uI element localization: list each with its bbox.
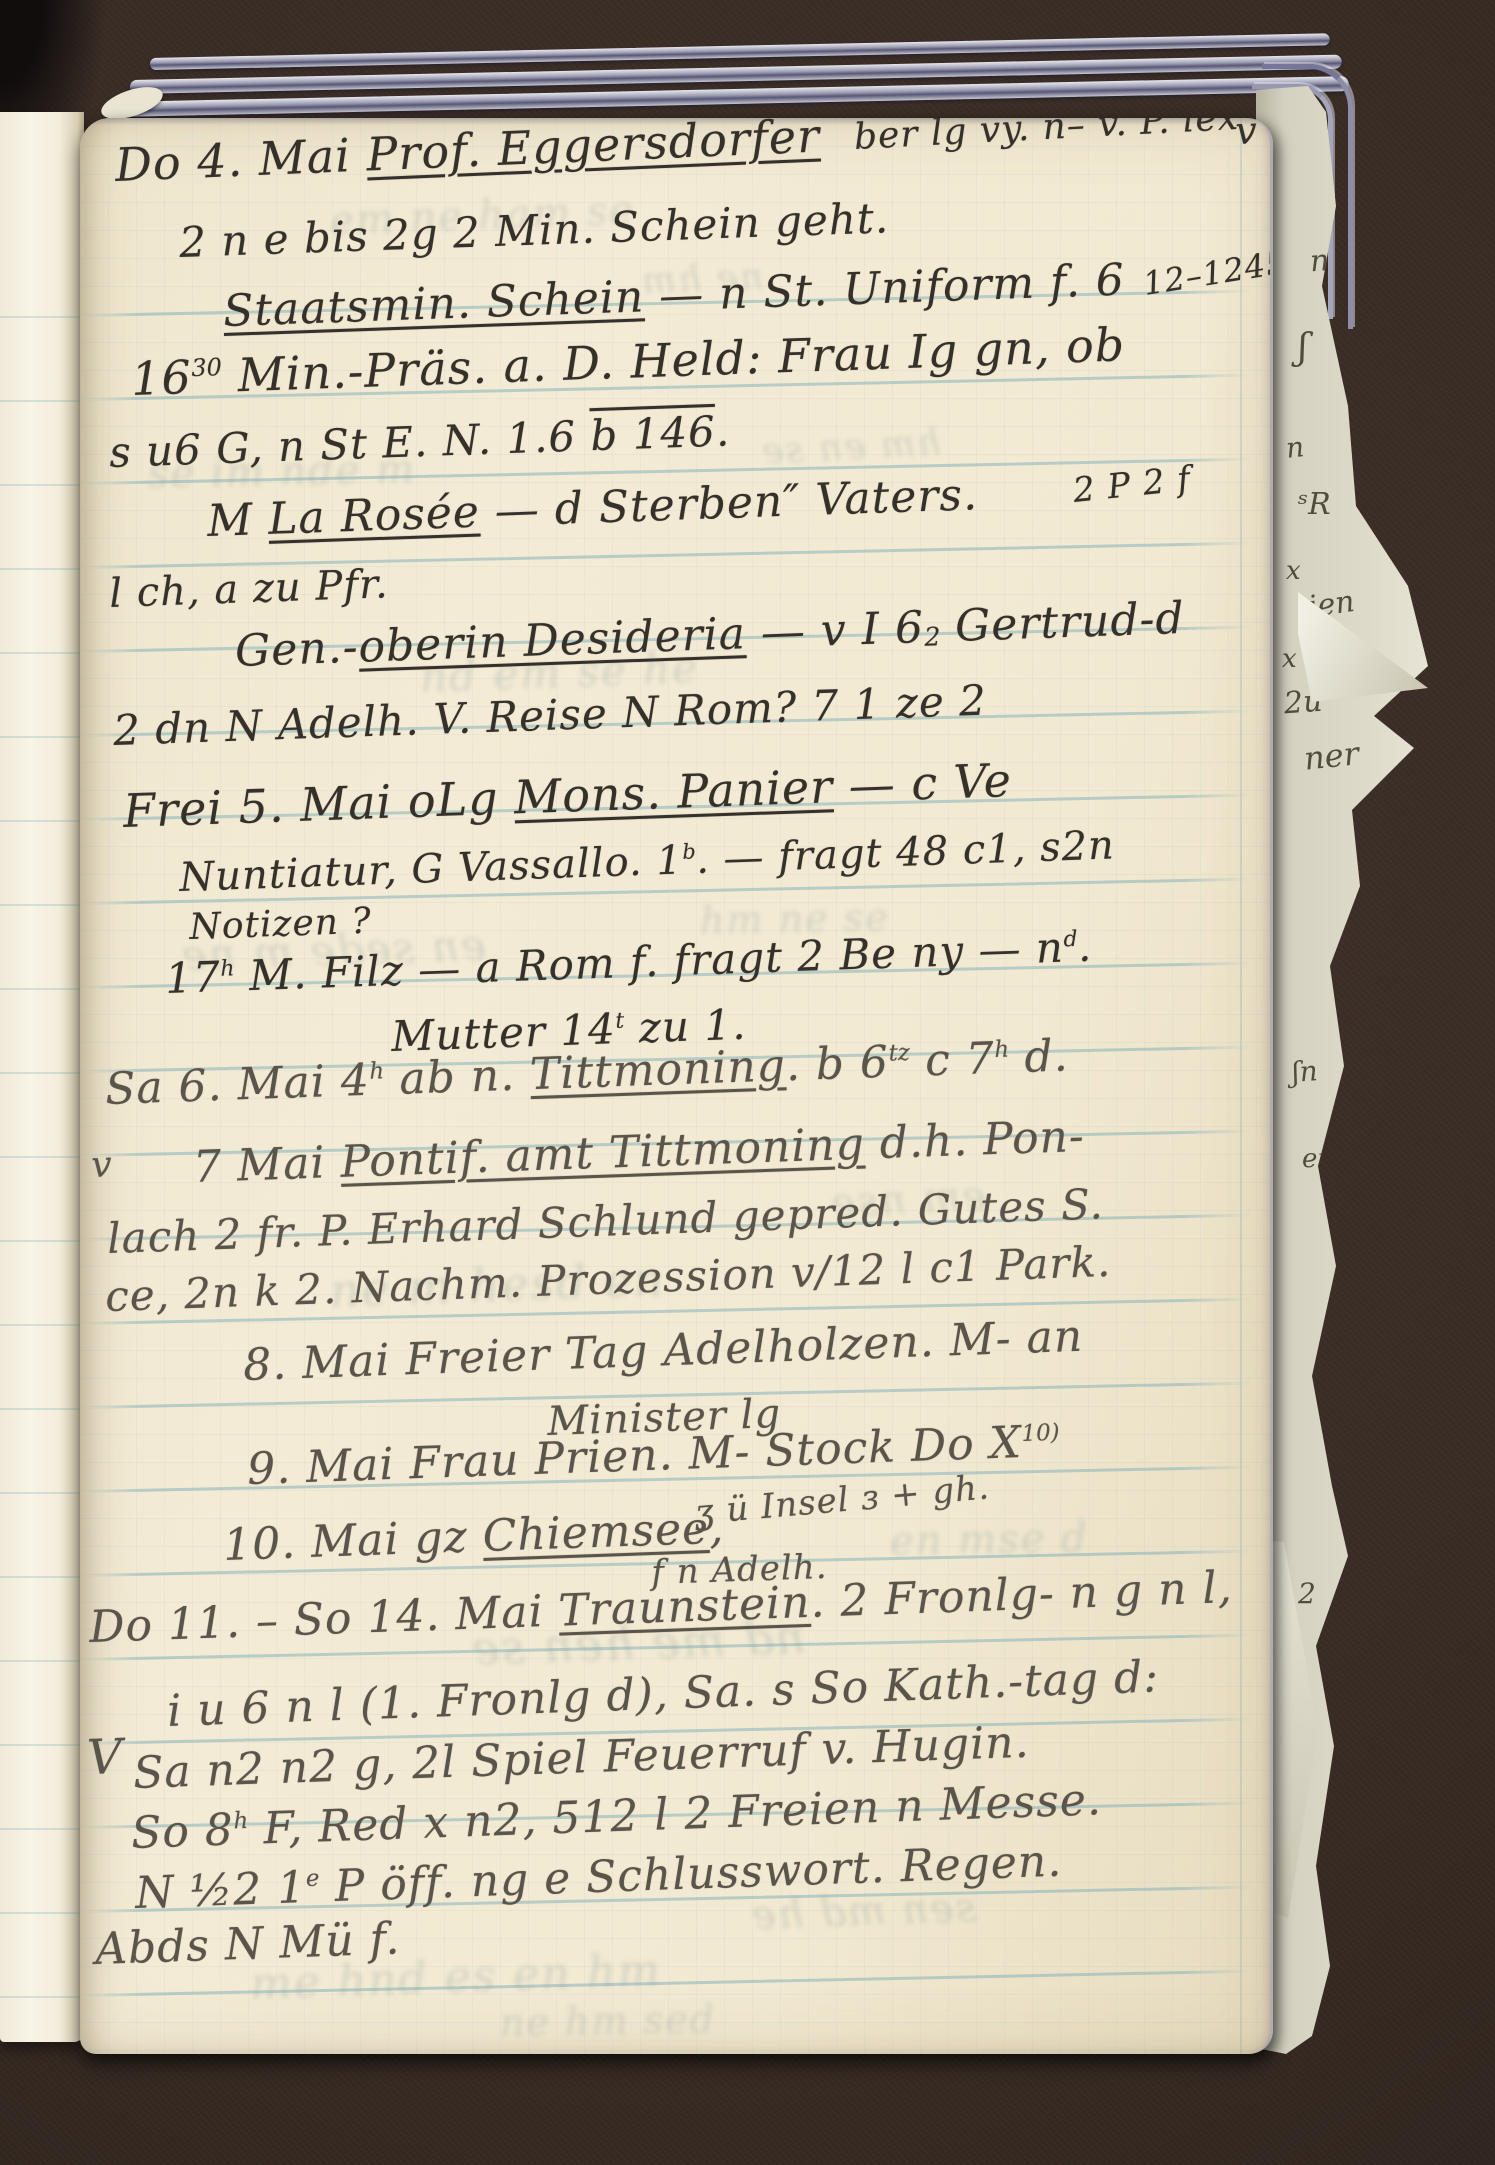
handwriting-segment: h [994, 1036, 1010, 1062]
ruled-line [0, 316, 80, 318]
handwriting-segment: M [206, 494, 269, 547]
ruled-line [0, 1072, 80, 1074]
handwriting-segment: b [682, 839, 696, 863]
diary-page: em ne ham sene hmse im nde mhm en send e… [80, 118, 1273, 2054]
margin-checkmark: v [91, 1147, 114, 1184]
handwriting-segment: 8. Mai Freier Tag Adelholzen. M- an [242, 1311, 1084, 1391]
handwriting-segment: 2 [924, 622, 941, 653]
handwriting-segment: . [1077, 922, 1093, 971]
ruled-line [0, 1912, 80, 1914]
handwriting-segment: d [1063, 927, 1078, 952]
ruled-line [0, 988, 80, 990]
fragment-mark: ner [1302, 737, 1360, 775]
handwriting-segment: — v I 6 [745, 602, 925, 659]
margin-checkmark: V [86, 1733, 123, 1782]
ruled-line [0, 820, 80, 822]
handwriting-segment: 30 [191, 353, 222, 382]
handwriting-segment: Pontif. amt Tittmoning [340, 1119, 866, 1188]
left-page-edge [0, 112, 84, 2042]
ruled-line [0, 1324, 80, 1326]
handwriting-segment: b 146 [590, 407, 717, 460]
handwriting-segment: Mons. Panier [513, 759, 834, 824]
handwriting-segment: Tittmoning [529, 1040, 787, 1100]
handwriting-segment: Prof. Eggersdorfer [365, 118, 821, 181]
handwriting-segment: Staatsmin. Schein [222, 271, 645, 337]
handwriting-line: Abds N Mü f. [94, 1917, 401, 1972]
handwriting-segment: Traunstein [558, 1577, 812, 1637]
handwriting-segment: . b 6 [785, 1037, 890, 1092]
handwriting-line: 2 dn N Adelh. V. Reise N Rom? 7 1 ze 2 [113, 680, 988, 752]
handwriting-line: Nuntiatur, G Vassallo. 1b. — fragt 48 c1… [179, 825, 1116, 898]
handwriting-segment: Sa 6. Mai 4 [104, 1055, 370, 1115]
handwriting-segment: s u6 G, n St E. N. 1.6 [108, 411, 591, 477]
handwriting-segment: 16 [130, 350, 192, 406]
handwriting-segment: h [369, 1058, 385, 1084]
handwriting-segment: Frei 5. Mai oLg [122, 770, 515, 838]
ruled-line [0, 1660, 80, 1662]
handwriting-segment: 12–1245ʹ [1141, 241, 1273, 303]
handwriting-line: 12–1245ʹ [1141, 244, 1273, 300]
handwriting-segment: tz [888, 1040, 910, 1067]
fragment-mark: x [1286, 558, 1301, 584]
fragment-mark: ˢR [1298, 490, 1331, 520]
handwriting-segment: N ½2 1 [134, 1862, 307, 1919]
handwriting-line: 8. Mai Freier Tag Adelholzen. M- an [242, 1315, 1083, 1388]
handwriting-line: Notizen ? [189, 904, 373, 946]
ruled-line [0, 400, 80, 402]
handwriting-segment: Notizen ? [189, 901, 373, 948]
margin-line [1240, 118, 1242, 2054]
handwriting-line: Gen.-oberin Desideria — v I 62 Gertrud-d [234, 597, 1185, 675]
handwriting-segment: c 7 [909, 1033, 995, 1087]
handwriting-segment: . 2 Fronlg- n g n l, [810, 1562, 1234, 1628]
handwriting-segment: . [715, 406, 731, 455]
fragment-mark: ʃn [1291, 1057, 1319, 1087]
fragment-mark: ʃ [1298, 330, 1308, 366]
handwriting-segment: 10. Mai gz [222, 1511, 483, 1571]
ruled-line [0, 904, 80, 906]
handwriting-segment: v [91, 1144, 114, 1186]
page-surface: em ne ham sene hmse im nde mhm en send e… [80, 118, 1270, 2054]
fragment-mark: n [1285, 433, 1306, 463]
ruled-line [0, 1828, 80, 1830]
handwriting-line: 10. Mai gz Chiemsee, [222, 1507, 724, 1568]
handwriting-segment: e [305, 1866, 319, 1892]
ruled-line [0, 1408, 80, 1410]
handwriting-segment: ber lg vy. n– v. P. lex [853, 118, 1240, 158]
handwriting-line: 2 P 2 f [1071, 462, 1192, 508]
handwriting-segment: l ch, a zu Pfr. [108, 561, 389, 617]
handwriting-line: l ch, a zu Pfr. [109, 564, 390, 614]
handwriting-segment: — c Ve [832, 753, 1013, 813]
fragment-mark: x [1282, 646, 1297, 672]
handwriting-segment: 7 Mai [192, 1137, 341, 1193]
handwriting-segment: Do 4. Mai [114, 128, 368, 192]
bleedthrough-mark: ne hm sed [500, 2000, 717, 2042]
handwriting-line: ber lg vy. n– v. P. lex [853, 118, 1240, 156]
handwriting-segment: Abds N Mü f. [94, 1913, 401, 1975]
handwriting-segment: v [1235, 118, 1259, 153]
bleedthrough-mark: hm en se [759, 425, 941, 470]
handwriting-line: s u6 G, n St E. N. 1.6 b 146. [109, 410, 731, 474]
ruled-line [0, 484, 80, 486]
handwriting-segment: h [233, 1808, 249, 1834]
ruled-line [0, 736, 80, 738]
handwriting-line: Frei 5. Mai oLg Mons. Panier — c Ve [122, 757, 1012, 834]
ruled-line [0, 1240, 80, 1242]
ruled-line [0, 652, 80, 654]
handwriting-segment: Gen.- [234, 622, 359, 677]
handwriting-segment: Gertrud-d [939, 593, 1185, 653]
bleedthrough-mark: en mse d [890, 1518, 1089, 1561]
ruled-line [0, 1156, 80, 1158]
ruled-line [0, 568, 80, 570]
fragment-mark: 2 [1298, 1580, 1316, 1608]
handwriting-segment: d.h. Pon- [864, 1111, 1086, 1170]
handwriting-segment: V [86, 1729, 124, 1786]
handwriting-segment: . — fragt 48 c1, s2n [695, 822, 1115, 883]
handwriting-segment: So 8 [130, 1804, 234, 1859]
handwriting-segment: h [220, 956, 235, 981]
notebook-scan: n ·ʃnˢRxienx2unerʃner2 em ne ham sene hm… [0, 0, 1495, 2165]
handwriting-line: Do 4. Mai Prof. Eggersdorfer [114, 118, 821, 188]
ruled-line [0, 1492, 80, 1494]
handwriting-segment: d. [1009, 1030, 1070, 1083]
handwriting-segment: La Rosée [267, 487, 480, 545]
handwriting-segment: 10) [1021, 1420, 1060, 1447]
handwriting-segment: ab n. [384, 1049, 531, 1105]
handwriting-segment: 2 P 2 f [1071, 459, 1193, 511]
ruled-line [0, 1744, 80, 1746]
handwriting-line: 2 n e bis 2g 2 Min. Schein geht. [179, 197, 890, 264]
ruled-line [0, 1576, 80, 1578]
handwriting-segment: — d Sterben″ Vaters. [479, 469, 979, 537]
handwriting-line: v [1235, 118, 1259, 150]
handwriting-segment: 17 [164, 952, 221, 1003]
ruled-line [0, 1996, 80, 1998]
